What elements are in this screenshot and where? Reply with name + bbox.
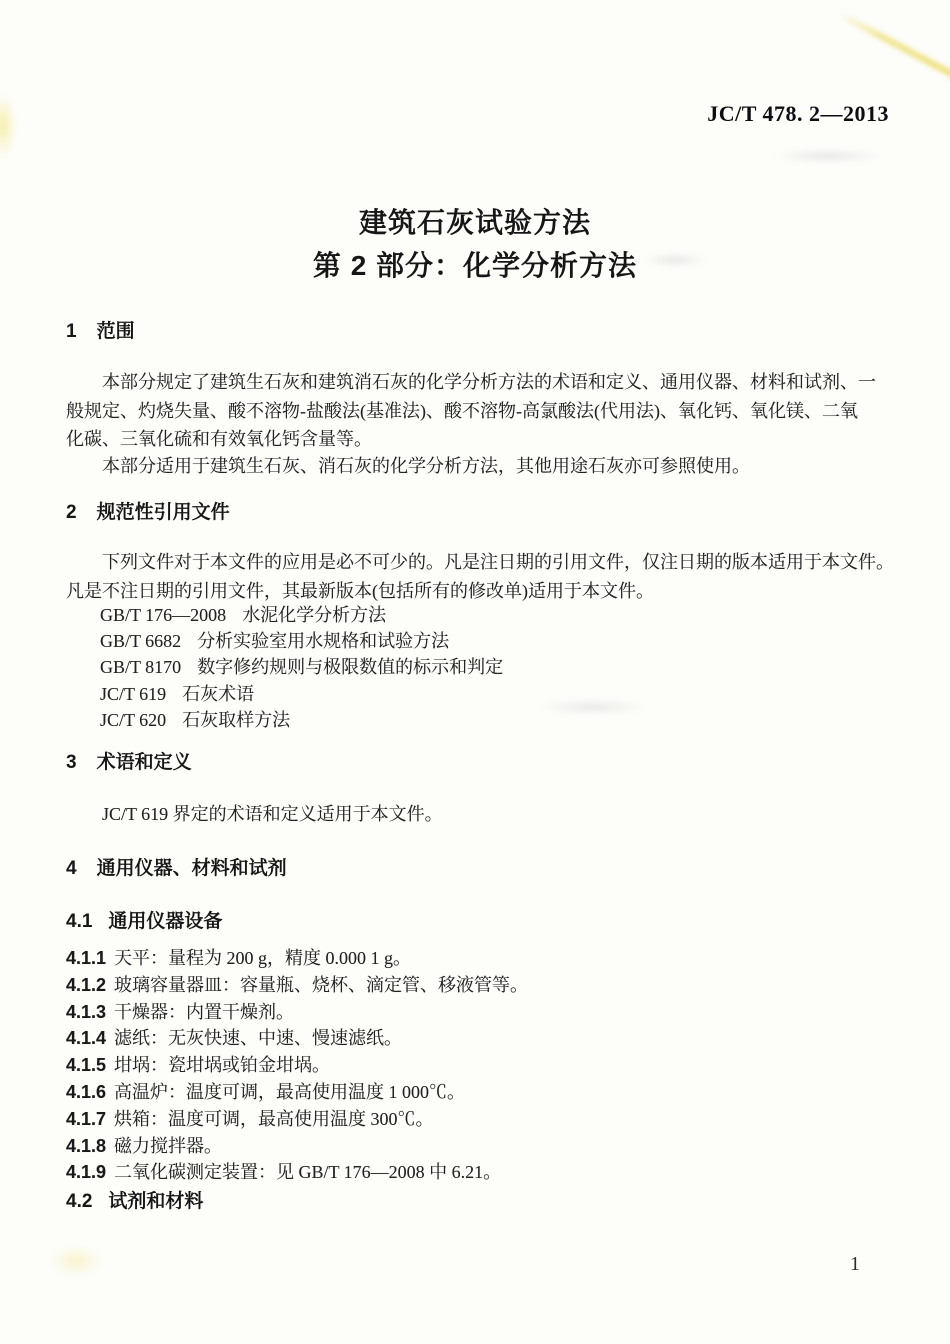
- clause-item: 4.1.8磁力搅拌器。: [66, 1133, 898, 1160]
- reference-item: GB/T 176—2008水泥化学分析方法: [100, 602, 898, 628]
- normative-references-list: GB/T 176—2008水泥化学分析方法 GB/T 6682分析实验室用水规格…: [100, 602, 898, 733]
- clause-text: 烘箱：温度可调，最高使用温度 300℃。: [114, 1109, 434, 1129]
- section-4-heading: 4通用仪器、材料和试剂: [66, 853, 287, 880]
- clause-item: 4.1.4滤纸：无灰快速、中速、慢速滤纸。: [66, 1025, 898, 1052]
- clause-text: 高温炉：温度可调，最高使用温度 1 000℃。: [114, 1082, 465, 1102]
- clause-number: 4.1.2: [66, 972, 114, 999]
- reference-code: JC/T 619: [100, 684, 166, 704]
- clause-text: 磁力搅拌器。: [114, 1136, 222, 1156]
- clause-number: 4.1.6: [66, 1079, 114, 1106]
- section-2-number: 2: [66, 502, 77, 523]
- clause-text: 坩埚：瓷坩埚或铂金坩埚。: [114, 1055, 330, 1075]
- reference-item: JC/T 620石灰取样方法: [100, 707, 898, 733]
- section-1-number: 1: [66, 321, 77, 342]
- section-4-number: 4: [66, 858, 77, 879]
- clause-text: 二氧化碳测定装置：见 GB/T 176—2008 中 6.21。: [114, 1162, 501, 1182]
- reference-code: GB/T 176—2008: [100, 605, 226, 625]
- clause-item: 4.1.5坩埚：瓷坩埚或铂金坩埚。: [66, 1052, 898, 1079]
- scan-fold-streak: [836, 10, 950, 110]
- clause-number: 4.1.7: [66, 1106, 114, 1133]
- scan-noise-top-right: [772, 148, 882, 164]
- reference-name: 石灰取样方法: [182, 710, 290, 730]
- section-4-1-title: 通用仪器设备: [108, 911, 222, 932]
- page-number: 1: [850, 1253, 860, 1276]
- section-1-paragraph-1: 本部分规定了建筑生石灰和建筑消石灰的化学分析方法的术语和定义、通用仪器、材料和试…: [66, 368, 898, 454]
- reference-item: GB/T 6682分析实验室用水规格和试验方法: [100, 628, 898, 654]
- clause-number: 4.1.5: [66, 1052, 114, 1079]
- clause-text: 滤纸：无灰快速、中速、慢速滤纸。: [114, 1028, 402, 1048]
- document-title-line1: 建筑石灰试验方法: [0, 201, 950, 244]
- section-3-title: 术语和定义: [97, 752, 192, 773]
- section-3-paragraph-1: JC/T 619 界定的术语和定义适用于本文件。: [66, 800, 898, 829]
- section-1-title: 范围: [97, 321, 135, 342]
- clause-number: 4.1.3: [66, 999, 114, 1026]
- clause-item: 4.1.9二氧化碳测定装置：见 GB/T 176—2008 中 6.21。: [66, 1159, 898, 1186]
- reference-name: 数字修约规则与极限数值的标示和判定: [197, 657, 503, 677]
- clause-text: 干燥器：内置干燥剂。: [114, 1002, 294, 1022]
- section-2-title: 规范性引用文件: [97, 502, 230, 523]
- section-1-paragraph-2: 本部分适用于建筑生石灰、消石灰的化学分析方法，其他用途石灰亦可参照使用。: [66, 452, 898, 481]
- clause-item: 4.1.6高温炉：温度可调，最高使用温度 1 000℃。: [66, 1079, 898, 1106]
- reference-item: JC/T 619石灰术语: [100, 681, 898, 707]
- section-4-2-heading: 4.2试剂和材料: [66, 1186, 203, 1213]
- section-4-title: 通用仪器、材料和试剂: [97, 858, 287, 879]
- clause-number: 4.1.4: [66, 1025, 114, 1052]
- reference-name: 石灰术语: [182, 684, 254, 704]
- section-1-heading: 1范围: [66, 316, 135, 343]
- clause-item: 4.1.3干燥器：内置干燥剂。: [66, 999, 898, 1026]
- section-2-heading: 2规范性引用文件: [66, 497, 230, 524]
- section-4-2-title: 试剂和材料: [108, 1191, 203, 1212]
- reference-code: GB/T 8170: [100, 657, 181, 677]
- clause-number: 4.1.1: [66, 945, 114, 972]
- clause-item: 4.1.2玻璃容量器皿：容量瓶、烧杯、滴定管、移液管等。: [66, 972, 898, 999]
- reference-name: 水泥化学分析方法: [242, 605, 386, 625]
- scan-smudge-left-edge: [0, 94, 16, 158]
- scanned-standard-page: JC/T 478. 2—2013 建筑石灰试验方法 第 2 部分：化学分析方法 …: [0, 0, 950, 1344]
- clause-text: 天平：量程为 200 g，精度 0.000 1 g。: [114, 948, 411, 968]
- section-4-1-number: 4.1: [66, 911, 92, 932]
- section-4-2-number: 4.2: [66, 1191, 92, 1212]
- clause-item: 4.1.1天平：量程为 200 g，精度 0.000 1 g。: [66, 945, 898, 972]
- clause-item: 4.1.7烘箱：温度可调，最高使用温度 300℃。: [66, 1106, 898, 1133]
- scan-smudge-bottom-left: [50, 1246, 102, 1276]
- document-title-line2: 第 2 部分：化学分析方法: [0, 244, 950, 287]
- reference-item: GB/T 8170数字修约规则与极限数值的标示和判定: [100, 654, 898, 680]
- document-title: 建筑石灰试验方法 第 2 部分：化学分析方法: [0, 201, 950, 287]
- clause-number: 4.1.9: [66, 1159, 114, 1186]
- reference-name: 分析实验室用水规格和试验方法: [197, 631, 449, 651]
- clause-number: 4.1.8: [66, 1133, 114, 1160]
- equipment-clause-list: 4.1.1天平：量程为 200 g，精度 0.000 1 g。 4.1.2玻璃容…: [66, 945, 898, 1186]
- section-2-paragraph-1: 下列文件对于本文件的应用是必不可少的。凡是注日期的引用文件，仅注日期的版本适用于…: [66, 548, 898, 606]
- section-3-heading: 3术语和定义: [66, 747, 192, 774]
- section-3-number: 3: [66, 752, 77, 773]
- clause-text: 玻璃容量器皿：容量瓶、烧杯、滴定管、移液管等。: [114, 975, 528, 995]
- section-4-1-heading: 4.1通用仪器设备: [66, 906, 222, 933]
- standard-code-header: JC/T 478. 2—2013: [707, 101, 889, 127]
- reference-code: GB/T 6682: [100, 631, 181, 651]
- reference-code: JC/T 620: [100, 710, 166, 730]
